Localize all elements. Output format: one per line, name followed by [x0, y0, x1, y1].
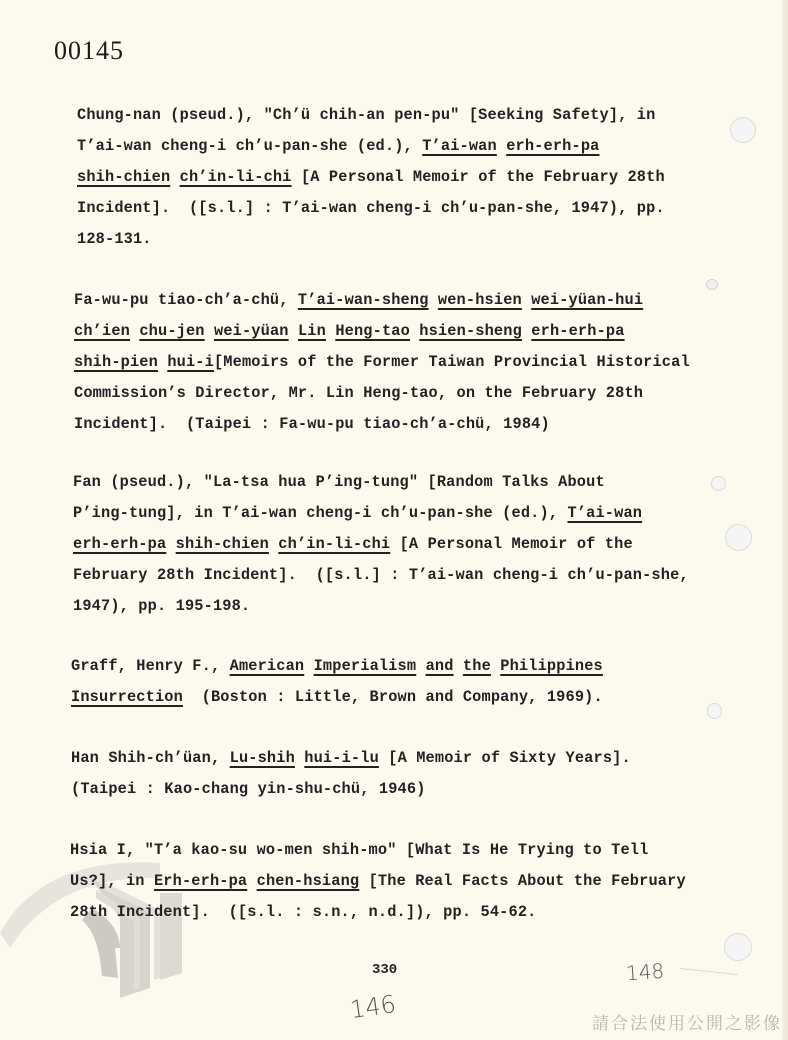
entry-line: 128-131.	[77, 224, 665, 255]
text-segment: [A Personal Memoir of the February 28th	[292, 168, 665, 186]
entry-line: Chung-nan (pseud.), "Ch’ü chih-an pen-pu…	[77, 100, 665, 131]
text-segment: P’ing-tung], in T’ai-wan cheng-i ch’u-pa…	[73, 504, 567, 522]
entry-line: T’ai-wan cheng-i ch’u-pan-she (ed.), T’a…	[77, 131, 665, 162]
title-segment: wen-hsien	[438, 291, 522, 309]
text-segment	[410, 322, 419, 340]
binder-hole	[724, 933, 752, 961]
paper-blemish	[706, 279, 718, 290]
text-segment: 1947), pp. 195-198.	[73, 597, 250, 615]
title-segment: Lin	[298, 322, 326, 340]
text-segment	[130, 322, 139, 340]
title-segment: chu-jen	[139, 322, 204, 340]
entry-line: P’ing-tung], in T’ai-wan cheng-i ch’u-pa…	[73, 498, 689, 529]
text-segment	[269, 535, 278, 553]
title-segment: hui-i	[167, 353, 214, 371]
title-segment: erh-erh-pa	[531, 322, 624, 340]
text-segment	[170, 168, 179, 186]
text-segment: [The Real Facts About the February	[359, 872, 686, 890]
text-segment: Us?], in	[70, 872, 154, 890]
entry-line: Us?], in Erh-erh-pa chen-hsiang [The Rea…	[70, 866, 686, 897]
handwritten-note: 146	[348, 990, 397, 1024]
text-segment: T’ai-wan cheng-i ch’u-pan-she (ed.),	[77, 137, 422, 155]
text-segment: Hsia I, "T’a kao-su wo-men shih-mo" [Wha…	[70, 841, 648, 859]
title-segment: erh-erh-pa	[73, 535, 166, 553]
title-segment: T’ai-wan	[422, 137, 497, 155]
title-segment: ch’in-li-chi	[180, 168, 292, 186]
text-segment: [Memoirs of the Former Taiwan Provincial…	[214, 353, 690, 371]
text-segment	[497, 137, 506, 155]
title-segment: Lu-shih	[230, 749, 295, 767]
title-segment: T’ai-wan-sheng	[298, 291, 429, 309]
title-segment: hsien-sheng	[419, 322, 522, 340]
handwritten-note: 148	[625, 959, 665, 986]
entry-line: February 28th Incident]. ([s.l.] : T’ai-…	[73, 560, 689, 591]
text-segment: Han Shih-ch’üan,	[71, 749, 230, 767]
text-segment	[491, 657, 500, 675]
entry-line: 1947), pp. 195-198.	[73, 591, 689, 622]
title-segment: Philippines	[500, 657, 603, 675]
text-segment	[166, 535, 175, 553]
entry-line: erh-erh-pa shih-chien ch’in-li-chi [A Pe…	[73, 529, 689, 560]
entry-line: shih-chien ch’in-li-chi [A Personal Memo…	[77, 162, 665, 193]
binder-hole	[707, 703, 722, 719]
bibliography-entry: Han Shih-ch’üan, Lu-shih hui-i-lu [A Mem…	[71, 743, 631, 805]
title-segment: hui-i-lu	[304, 749, 379, 767]
text-segment	[522, 322, 531, 340]
text-segment: [A Personal Memoir of the	[390, 535, 633, 553]
title-segment: Imperialism	[314, 657, 417, 675]
text-segment: Fa-wu-pu tiao-ch’a-chü,	[74, 291, 298, 309]
title-segment: Erh-erh-pa	[154, 872, 247, 890]
entry-line: ch’ien chu-jen wei-yüan Lin Heng-tao hsi…	[74, 316, 690, 347]
text-segment	[295, 749, 304, 767]
title-segment: and	[426, 657, 454, 675]
text-segment	[326, 322, 335, 340]
page-number: 330	[372, 962, 397, 978]
text-segment: (Boston : Little, Brown and Company, 196…	[183, 688, 603, 706]
bibliography-entry: Fan (pseud.), "La-tsa hua P’ing-tung" [R…	[73, 467, 689, 622]
text-segment: (Taipei : Kao-chang yin-shu-chü, 1946)	[71, 780, 426, 798]
page-edge	[782, 0, 788, 1040]
title-segment: shih-chien	[77, 168, 170, 186]
text-segment	[304, 657, 313, 675]
text-segment	[205, 322, 214, 340]
text-segment: Incident]. ([s.l.] : T’ai-wan cheng-i ch…	[77, 199, 665, 217]
title-segment: shih-pien	[74, 353, 158, 371]
entry-line: Fa-wu-pu tiao-ch’a-chü, T’ai-wan-sheng w…	[74, 285, 690, 316]
title-segment: Heng-tao	[335, 322, 410, 340]
text-segment: Fan (pseud.), "La-tsa hua P’ing-tung" [R…	[73, 473, 605, 491]
text-segment	[289, 322, 298, 340]
title-segment: shih-chien	[176, 535, 269, 553]
text-segment	[429, 291, 438, 309]
title-segment: erh-erh-pa	[506, 137, 599, 155]
title-segment: wei-yüan-hui	[531, 291, 643, 309]
entry-line: (Taipei : Kao-chang yin-shu-chü, 1946)	[71, 774, 631, 805]
bibliography-entry: Fa-wu-pu tiao-ch’a-chü, T’ai-wan-sheng w…	[74, 285, 690, 440]
bibliography-entry: Hsia I, "T’a kao-su wo-men shih-mo" [Wha…	[70, 835, 686, 928]
binder-hole	[725, 524, 752, 551]
title-segment: chen-hsiang	[257, 872, 360, 890]
text-segment	[158, 353, 167, 371]
title-segment: wei-yüan	[214, 322, 289, 340]
text-segment	[454, 657, 463, 675]
bibliography-entry: Chung-nan (pseud.), "Ch’ü chih-an pen-pu…	[77, 100, 665, 255]
text-segment: Incident]. (Taipei : Fa-wu-pu tiao-ch’a-…	[74, 415, 550, 433]
binder-hole	[711, 476, 726, 491]
text-segment: 128-131.	[77, 230, 152, 248]
entry-line: Incident]. (Taipei : Fa-wu-pu tiao-ch’a-…	[74, 409, 690, 440]
text-segment: Graff, Henry F.,	[71, 657, 230, 675]
entry-line: 28th Incident]. ([s.l. : s.n., n.d.]), p…	[70, 897, 686, 928]
entry-line: Hsia I, "T’a kao-su wo-men shih-mo" [Wha…	[70, 835, 686, 866]
entry-line: Han Shih-ch’üan, Lu-shih hui-i-lu [A Mem…	[71, 743, 631, 774]
binder-hole	[730, 117, 756, 143]
text-segment: Commission’s Director, Mr. Lin Heng-tao,…	[74, 384, 643, 402]
text-segment: 28th Incident]. ([s.l. : s.n., n.d.]), p…	[70, 903, 536, 921]
stray-mark	[680, 968, 738, 975]
title-segment: T’ai-wan	[567, 504, 642, 522]
entry-line: Incident]. ([s.l.] : T’ai-wan cheng-i ch…	[77, 193, 665, 224]
text-segment	[247, 872, 256, 890]
watermark-text: 請合法使用公開之影像	[592, 1009, 782, 1034]
text-segment: [A Memoir of Sixty Years].	[379, 749, 631, 767]
title-segment: ch’in-li-chi	[278, 535, 390, 553]
document-number: 00145	[54, 36, 124, 66]
entry-line: Fan (pseud.), "La-tsa hua P’ing-tung" [R…	[73, 467, 689, 498]
text-segment	[416, 657, 425, 675]
text-segment: Chung-nan (pseud.), "Ch’ü chih-an pen-pu…	[77, 106, 655, 124]
title-segment: Insurrection	[71, 688, 183, 706]
text-segment: February 28th Incident]. ([s.l.] : T’ai-…	[73, 566, 689, 584]
bibliography-entry: Graff, Henry F., American Imperialism an…	[71, 651, 603, 713]
title-segment: the	[463, 657, 491, 675]
text-segment	[522, 291, 531, 309]
title-segment: American	[230, 657, 305, 675]
entry-line: Commission’s Director, Mr. Lin Heng-tao,…	[74, 378, 690, 409]
entry-line: Insurrection (Boston : Little, Brown and…	[71, 682, 603, 713]
title-segment: ch’ien	[74, 322, 130, 340]
entry-line: shih-pien hui-i[Memoirs of the Former Ta…	[74, 347, 690, 378]
entry-line: Graff, Henry F., American Imperialism an…	[71, 651, 603, 682]
